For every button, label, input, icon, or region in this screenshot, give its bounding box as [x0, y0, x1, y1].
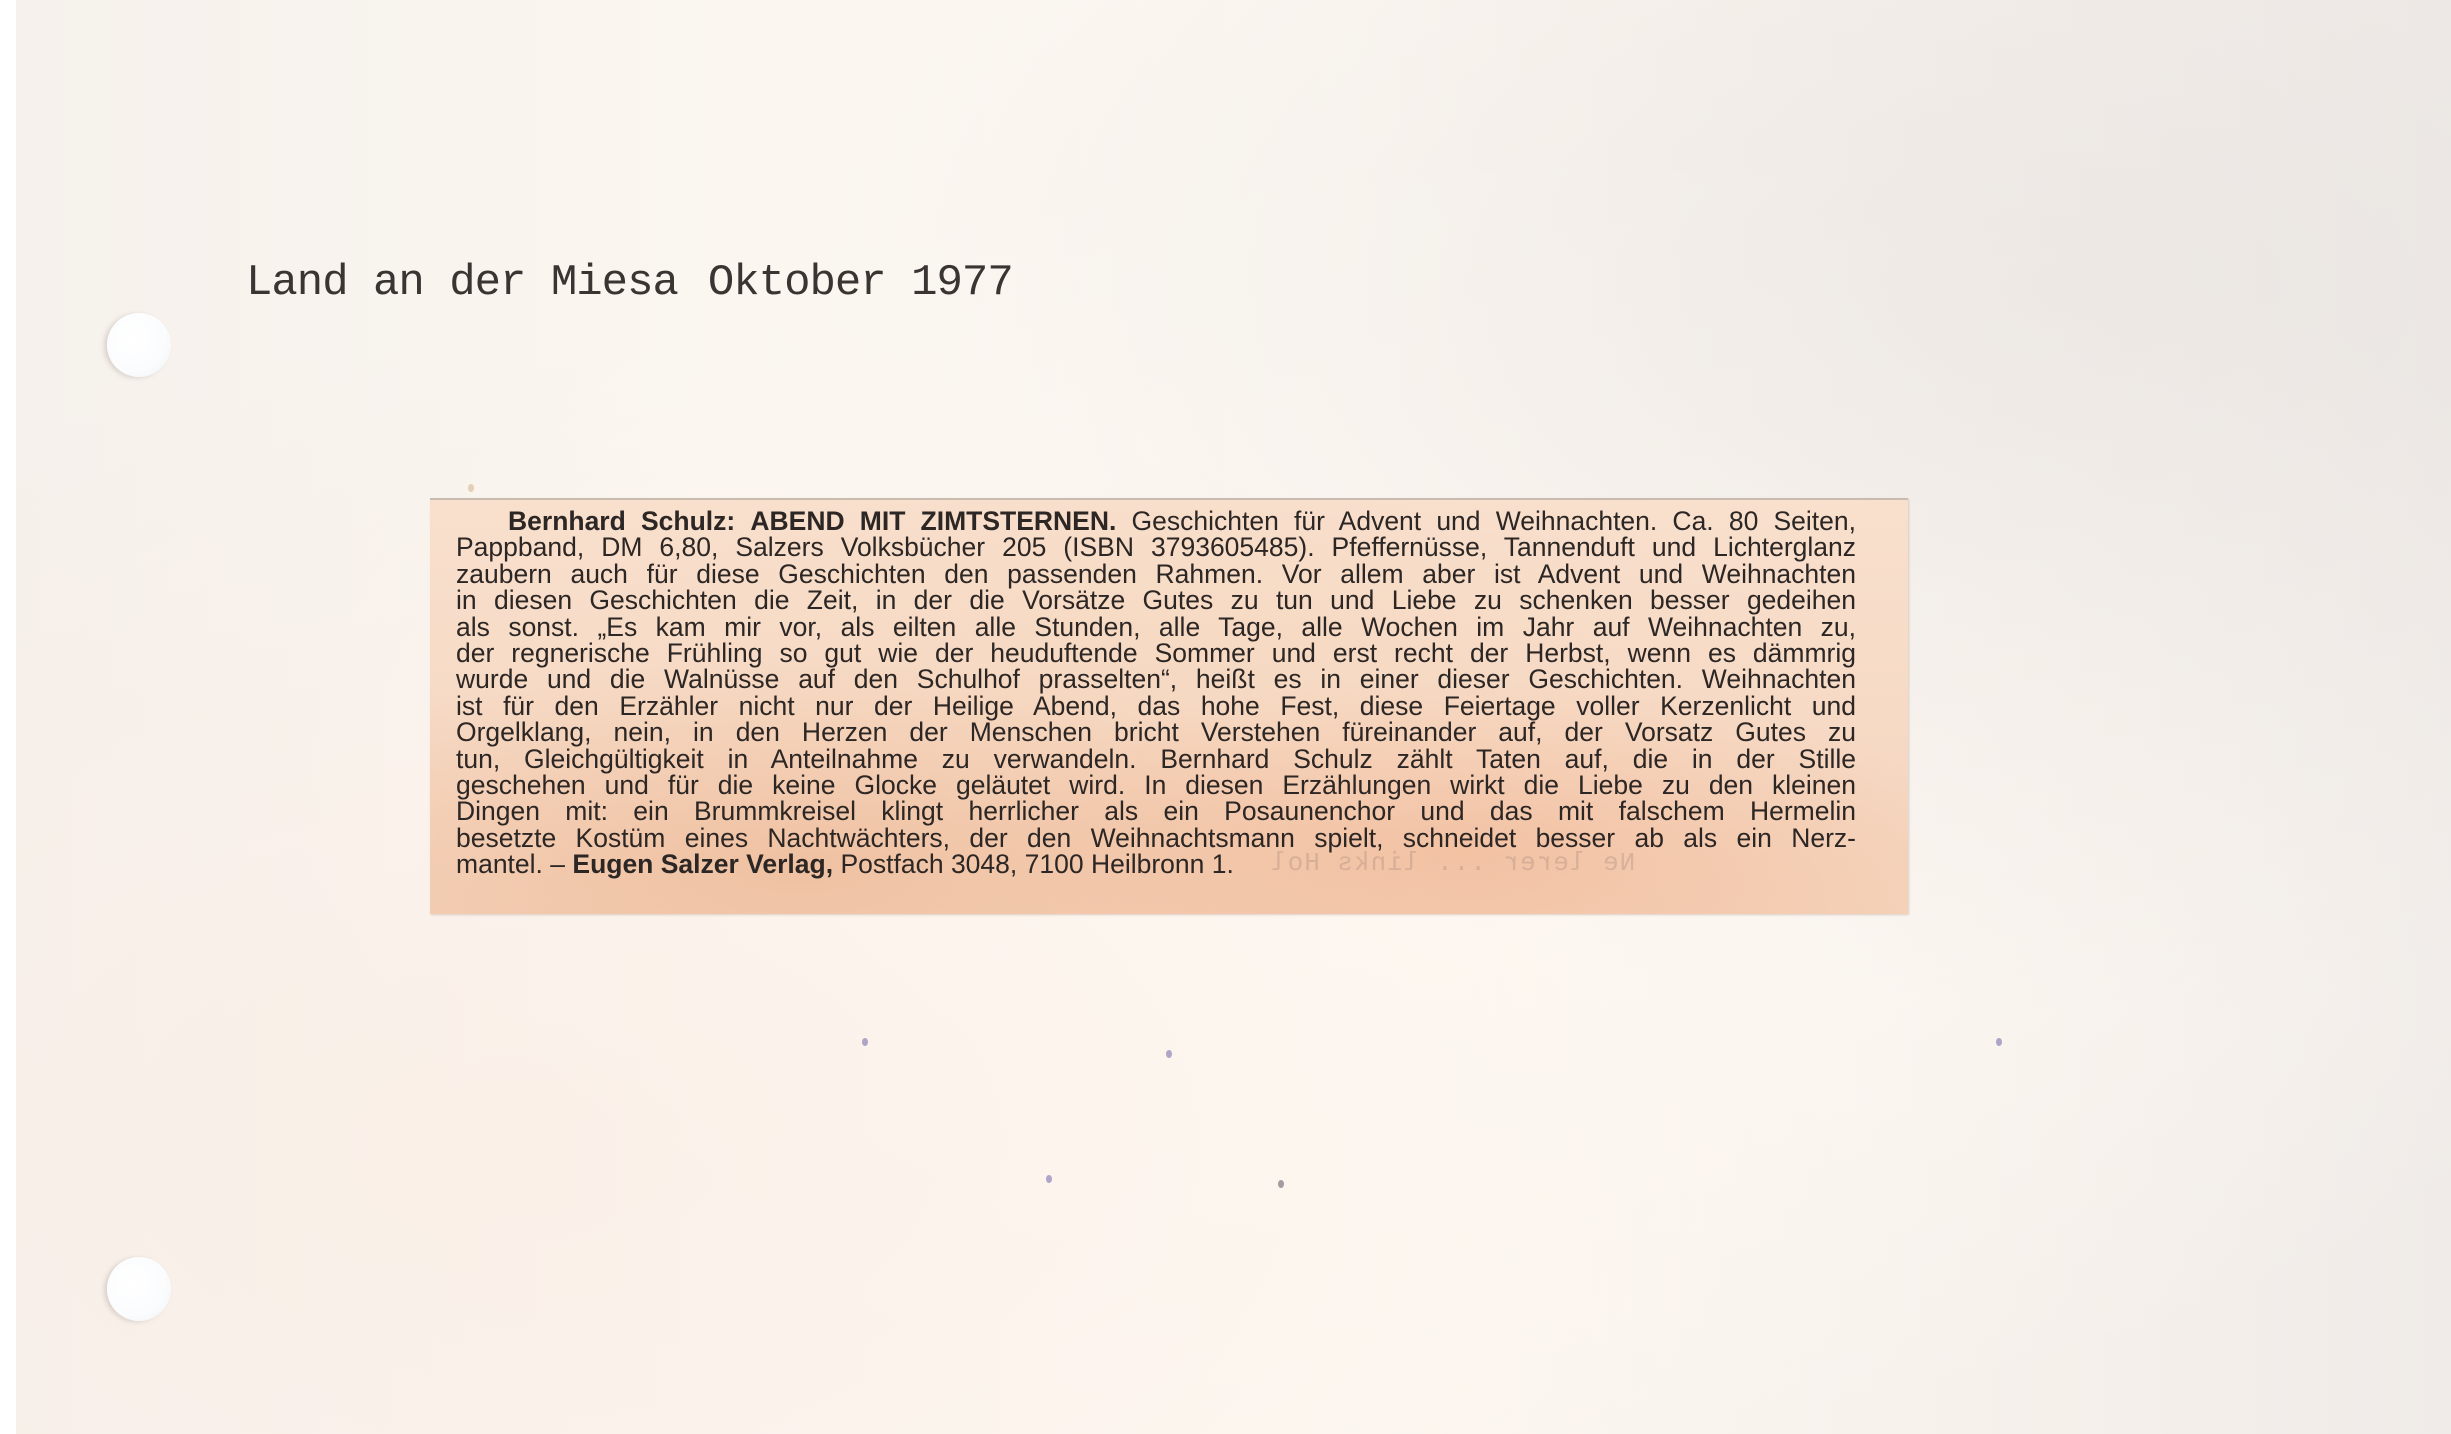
clipping-line: besetzte Kostüm eines Nachtwächters, der…: [456, 825, 1856, 851]
ink-speck: [1278, 1180, 1284, 1188]
clipping-line: Pappband, DM 6,80, Salzers Volksbücher 2…: [456, 534, 1856, 560]
punch-hole-top: [107, 313, 171, 377]
typewritten-header: Land an der MiesaOktober 1977: [246, 258, 1013, 308]
ink-speck: [862, 1038, 868, 1046]
clipping-line: der regnerische Frühling so gut wie der …: [456, 640, 1856, 666]
clipping-line: Dingen mit: ein Brummkreisel klingt herr…: [456, 798, 1856, 824]
clipping-line: ist für den Erzähler nicht nur der Heili…: [456, 693, 1856, 719]
clipping-line: Orgelklang, nein, in den Herzen der Mens…: [456, 719, 1856, 745]
clipping-line: zaubern auch für diese Geschichten den p…: [456, 561, 1856, 587]
publication-name: Land an der Miesa: [246, 258, 678, 308]
punch-hole-bottom: [107, 1257, 171, 1321]
paper-speck: [468, 484, 474, 492]
clipping-publisher: Eugen Salzer Verlag,: [572, 849, 833, 879]
ink-speck: [1046, 1175, 1052, 1183]
newspaper-clipping: Ne lerer ... links Hol Bernhard Schulz: …: [430, 498, 1908, 914]
clipping-line: geschehen und für die keine Glocke geläu…: [456, 772, 1856, 798]
clipping-line: tun, Gleichgültigkeit in Anteilnahme zu …: [456, 746, 1856, 772]
scanned-page: Land an der MiesaOktober 1977 Ne lerer .…: [16, 0, 2451, 1434]
clipping-address: Postfach 3048, 7100 Heilbronn 1.: [840, 849, 1233, 879]
clipping-line: als sonst. „Es kam mir vor, als eilten a…: [456, 614, 1856, 640]
clipping-line: mantel. – Eugen Salzer Verlag, Postfach …: [456, 851, 1856, 877]
clipping-line: wurde und die Walnüsse auf den Schulhof …: [456, 666, 1856, 692]
ink-speck: [1166, 1050, 1172, 1058]
clipping-line: in diesen Geschichten die Zeit, in der d…: [456, 587, 1856, 613]
ink-speck: [1996, 1038, 2002, 1046]
clipping-body: Bernhard Schulz: ABEND MIT ZIMTSTERNEN. …: [456, 508, 1856, 877]
clipping-line: Bernhard Schulz: ABEND MIT ZIMTSTERNEN. …: [456, 508, 1856, 534]
publication-date: Oktober 1977: [708, 258, 1013, 308]
